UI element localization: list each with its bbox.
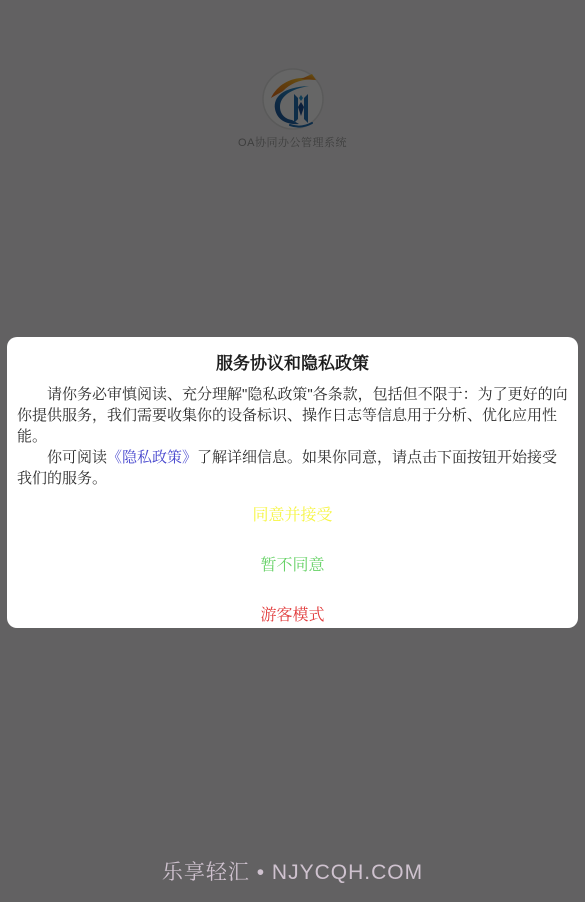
privacy-policy-dialog: 服务协议和隐私政策 请你务必审慎阅读、充分理解"隐私政策"各条款，包括但不限于：… (7, 337, 578, 628)
dialog-title: 服务协议和隐私政策 (7, 353, 578, 374)
guest-mode-button[interactable]: 游客模式 (260, 607, 324, 624)
dialog-buttons: 同意并接受暂不同意游客模式 (7, 507, 578, 624)
watermark-text: 乐享轻汇 • NJYCQH.COM (0, 856, 585, 886)
dialog-body: 请你务必审慎阅读、充分理解"隐私政策"各条款，包括但不限于：为了更好的向你提供服… (17, 384, 568, 489)
disagree-button[interactable]: 暂不同意 (260, 557, 324, 574)
paragraph-2-prefix: 你可阅读 (47, 449, 107, 466)
dialog-paragraph-2: 你可阅读《隐私政策》了解详细信息。如果你同意，请点击下面按钮开始接受我们的服务。 (17, 447, 568, 489)
app-screen: OA协同办公管理系统 服务协议和隐私政策 请你务必审慎阅读、充分理解"隐私政策"… (0, 0, 585, 902)
privacy-policy-link[interactable]: 《隐私政策》 (107, 449, 197, 466)
agree-accept-button[interactable]: 同意并接受 (252, 507, 332, 524)
dialog-paragraph-1: 请你务必审慎阅读、充分理解"隐私政策"各条款，包括但不限于：为了更好的向你提供服… (17, 384, 568, 447)
